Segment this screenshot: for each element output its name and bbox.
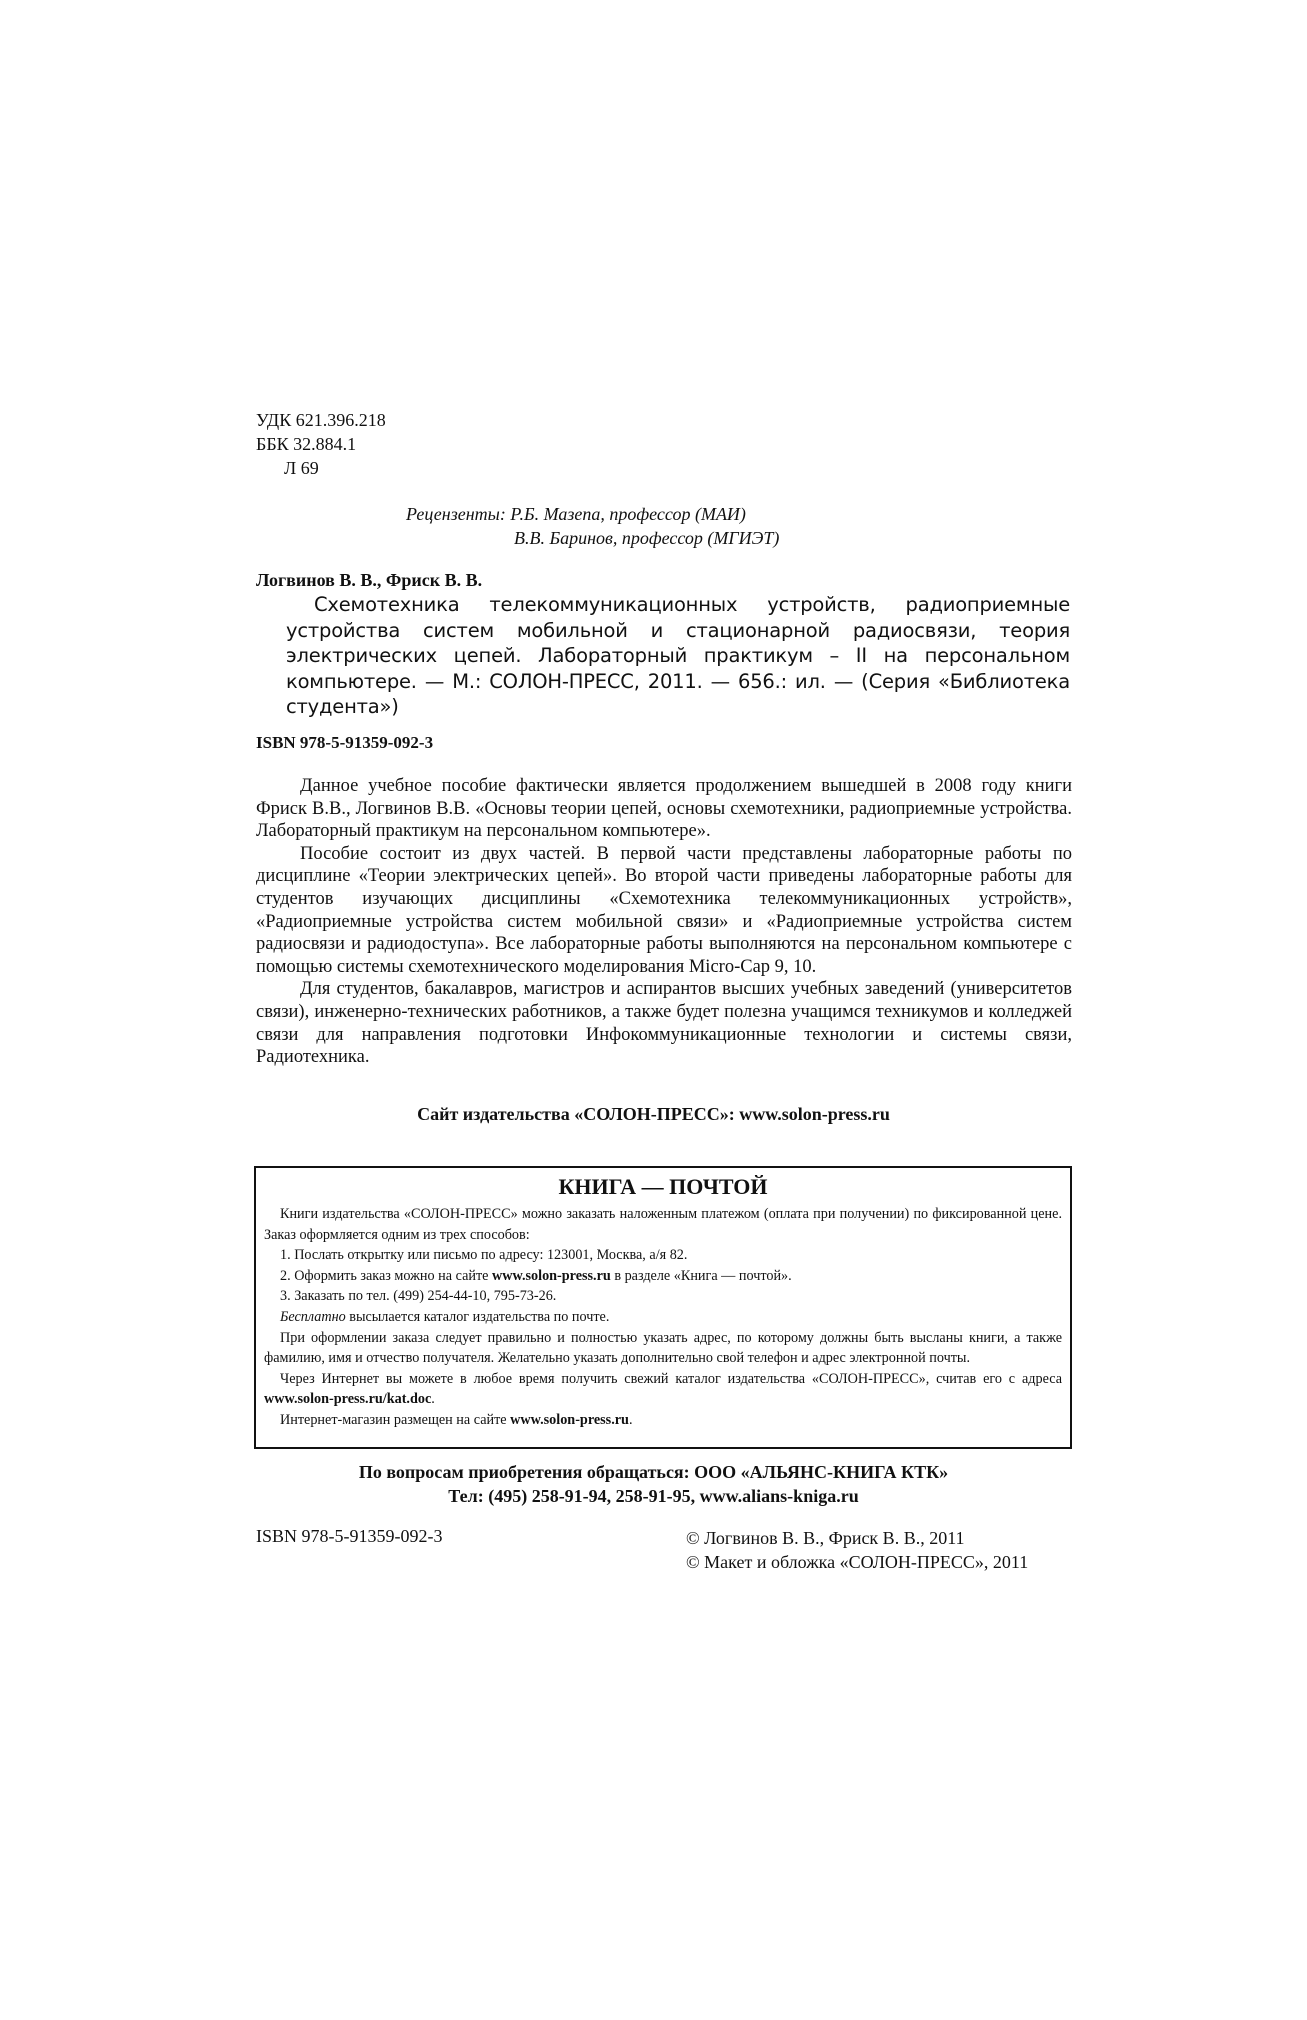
mail-order-intro: Книги издательства «СОЛОН-ПРЕСС» можно з… (264, 1204, 1062, 1245)
mail-order-option-3: 3. Заказать по тел. (499) 254-44-10, 795… (264, 1286, 1062, 1307)
abstract: Данное учебное пособие фактически являет… (256, 775, 1072, 1069)
shop-suffix: . (629, 1412, 633, 1428)
reviewer-line-2: В.В. Баринов, профессор (МГИЭТ) (406, 526, 779, 550)
shop-note: Интернет-магазин размещен на сайте www.s… (264, 1410, 1062, 1431)
mail-order-title: КНИГА — ПОЧТОЙ (256, 1168, 1070, 1202)
copyright-line-2: © Макет и обложка «СОЛОН-ПРЕСС», 2011 (686, 1550, 1028, 1574)
mail-order-body: Книги издательства «СОЛОН-ПРЕСС» можно з… (256, 1202, 1070, 1431)
reviewer-line-1: Рецензенты: Р.Б. Мазепа, профессор (МАИ) (406, 502, 779, 526)
shop-prefix: Интернет-магазин размещен на сайте (280, 1412, 510, 1428)
abstract-paragraph: Данное учебное пособие фактически являет… (256, 775, 1072, 843)
contact-line-2: Тел: (495) 258-91-94, 258-91-95, www.ali… (0, 1484, 1307, 1508)
address-note: При оформлении заказа следует правильно … (264, 1328, 1062, 1369)
catalog-link[interactable]: www.solon-press.ru/kat.doc (264, 1391, 431, 1407)
publisher-site: Сайт издательства «СОЛОН-ПРЕСС»: www.sol… (0, 1104, 1307, 1125)
contact-line-1: По вопросам приобретения обращаться: ООО… (0, 1460, 1307, 1484)
site-link[interactable]: www.solon-press.ru (492, 1268, 611, 1284)
purchase-contact: По вопросам приобретения обращаться: ООО… (0, 1460, 1307, 1508)
book-imprint-page: { "classification": { "udk": "УДК 621.39… (0, 0, 1307, 2020)
bbk-code: ББК 32.884.1 (256, 432, 386, 456)
option-2-suffix: в разделе «Книга — почтой». (611, 1268, 792, 1284)
free-catalog-note: Бесплатно высылается каталог издательств… (264, 1307, 1062, 1328)
free-rest: высылается каталог издательства по почте… (346, 1309, 610, 1325)
catalog-prefix: Через Интернет вы можете в любое время п… (280, 1371, 1062, 1387)
catalog-suffix: . (431, 1391, 435, 1407)
copyright: © Логвинов В. В., Фриск В. В., 2011 © Ма… (686, 1526, 1028, 1574)
option-2-prefix: 2. Оформить заказ можно на сайте (280, 1268, 492, 1284)
udk-code: УДК 621.396.218 (256, 408, 386, 432)
isbn-bottom: ISBN 978-5-91359-092-3 (256, 1526, 443, 1547)
catalog-note: Через Интернет вы можете в любое время п… (264, 1369, 1062, 1410)
author-mark: Л 69 (256, 456, 386, 480)
copyright-line-1: © Логвинов В. В., Фриск В. В., 2011 (686, 1526, 1028, 1550)
abstract-paragraph: Пособие состоит из двух частей. В первой… (256, 843, 1072, 979)
bibliographic-description: Схемотехника телекоммуникационных устрой… (286, 592, 1070, 720)
shop-link[interactable]: www.solon-press.ru (510, 1412, 629, 1428)
mail-order-box: КНИГА — ПОЧТОЙ Книги издательства «СОЛОН… (254, 1166, 1072, 1449)
mail-order-option-1: 1. Послать открытку или письмо по адресу… (264, 1245, 1062, 1266)
isbn-top: ISBN 978-5-91359-092-3 (256, 733, 433, 753)
classification-codes: УДК 621.396.218 ББК 32.884.1 Л 69 (256, 408, 386, 480)
authors-heading: Логвинов В. В., Фриск В. В. (256, 570, 482, 591)
abstract-paragraph: Для студентов, бакалавров, магистров и а… (256, 978, 1072, 1068)
free-word: Бесплатно (280, 1309, 346, 1325)
bibliographic-text: Схемотехника телекоммуникационных устрой… (286, 593, 1070, 718)
reviewers: Рецензенты: Р.Б. Мазепа, профессор (МАИ)… (406, 502, 779, 550)
mail-order-option-2: 2. Оформить заказ можно на сайте www.sol… (264, 1266, 1062, 1287)
